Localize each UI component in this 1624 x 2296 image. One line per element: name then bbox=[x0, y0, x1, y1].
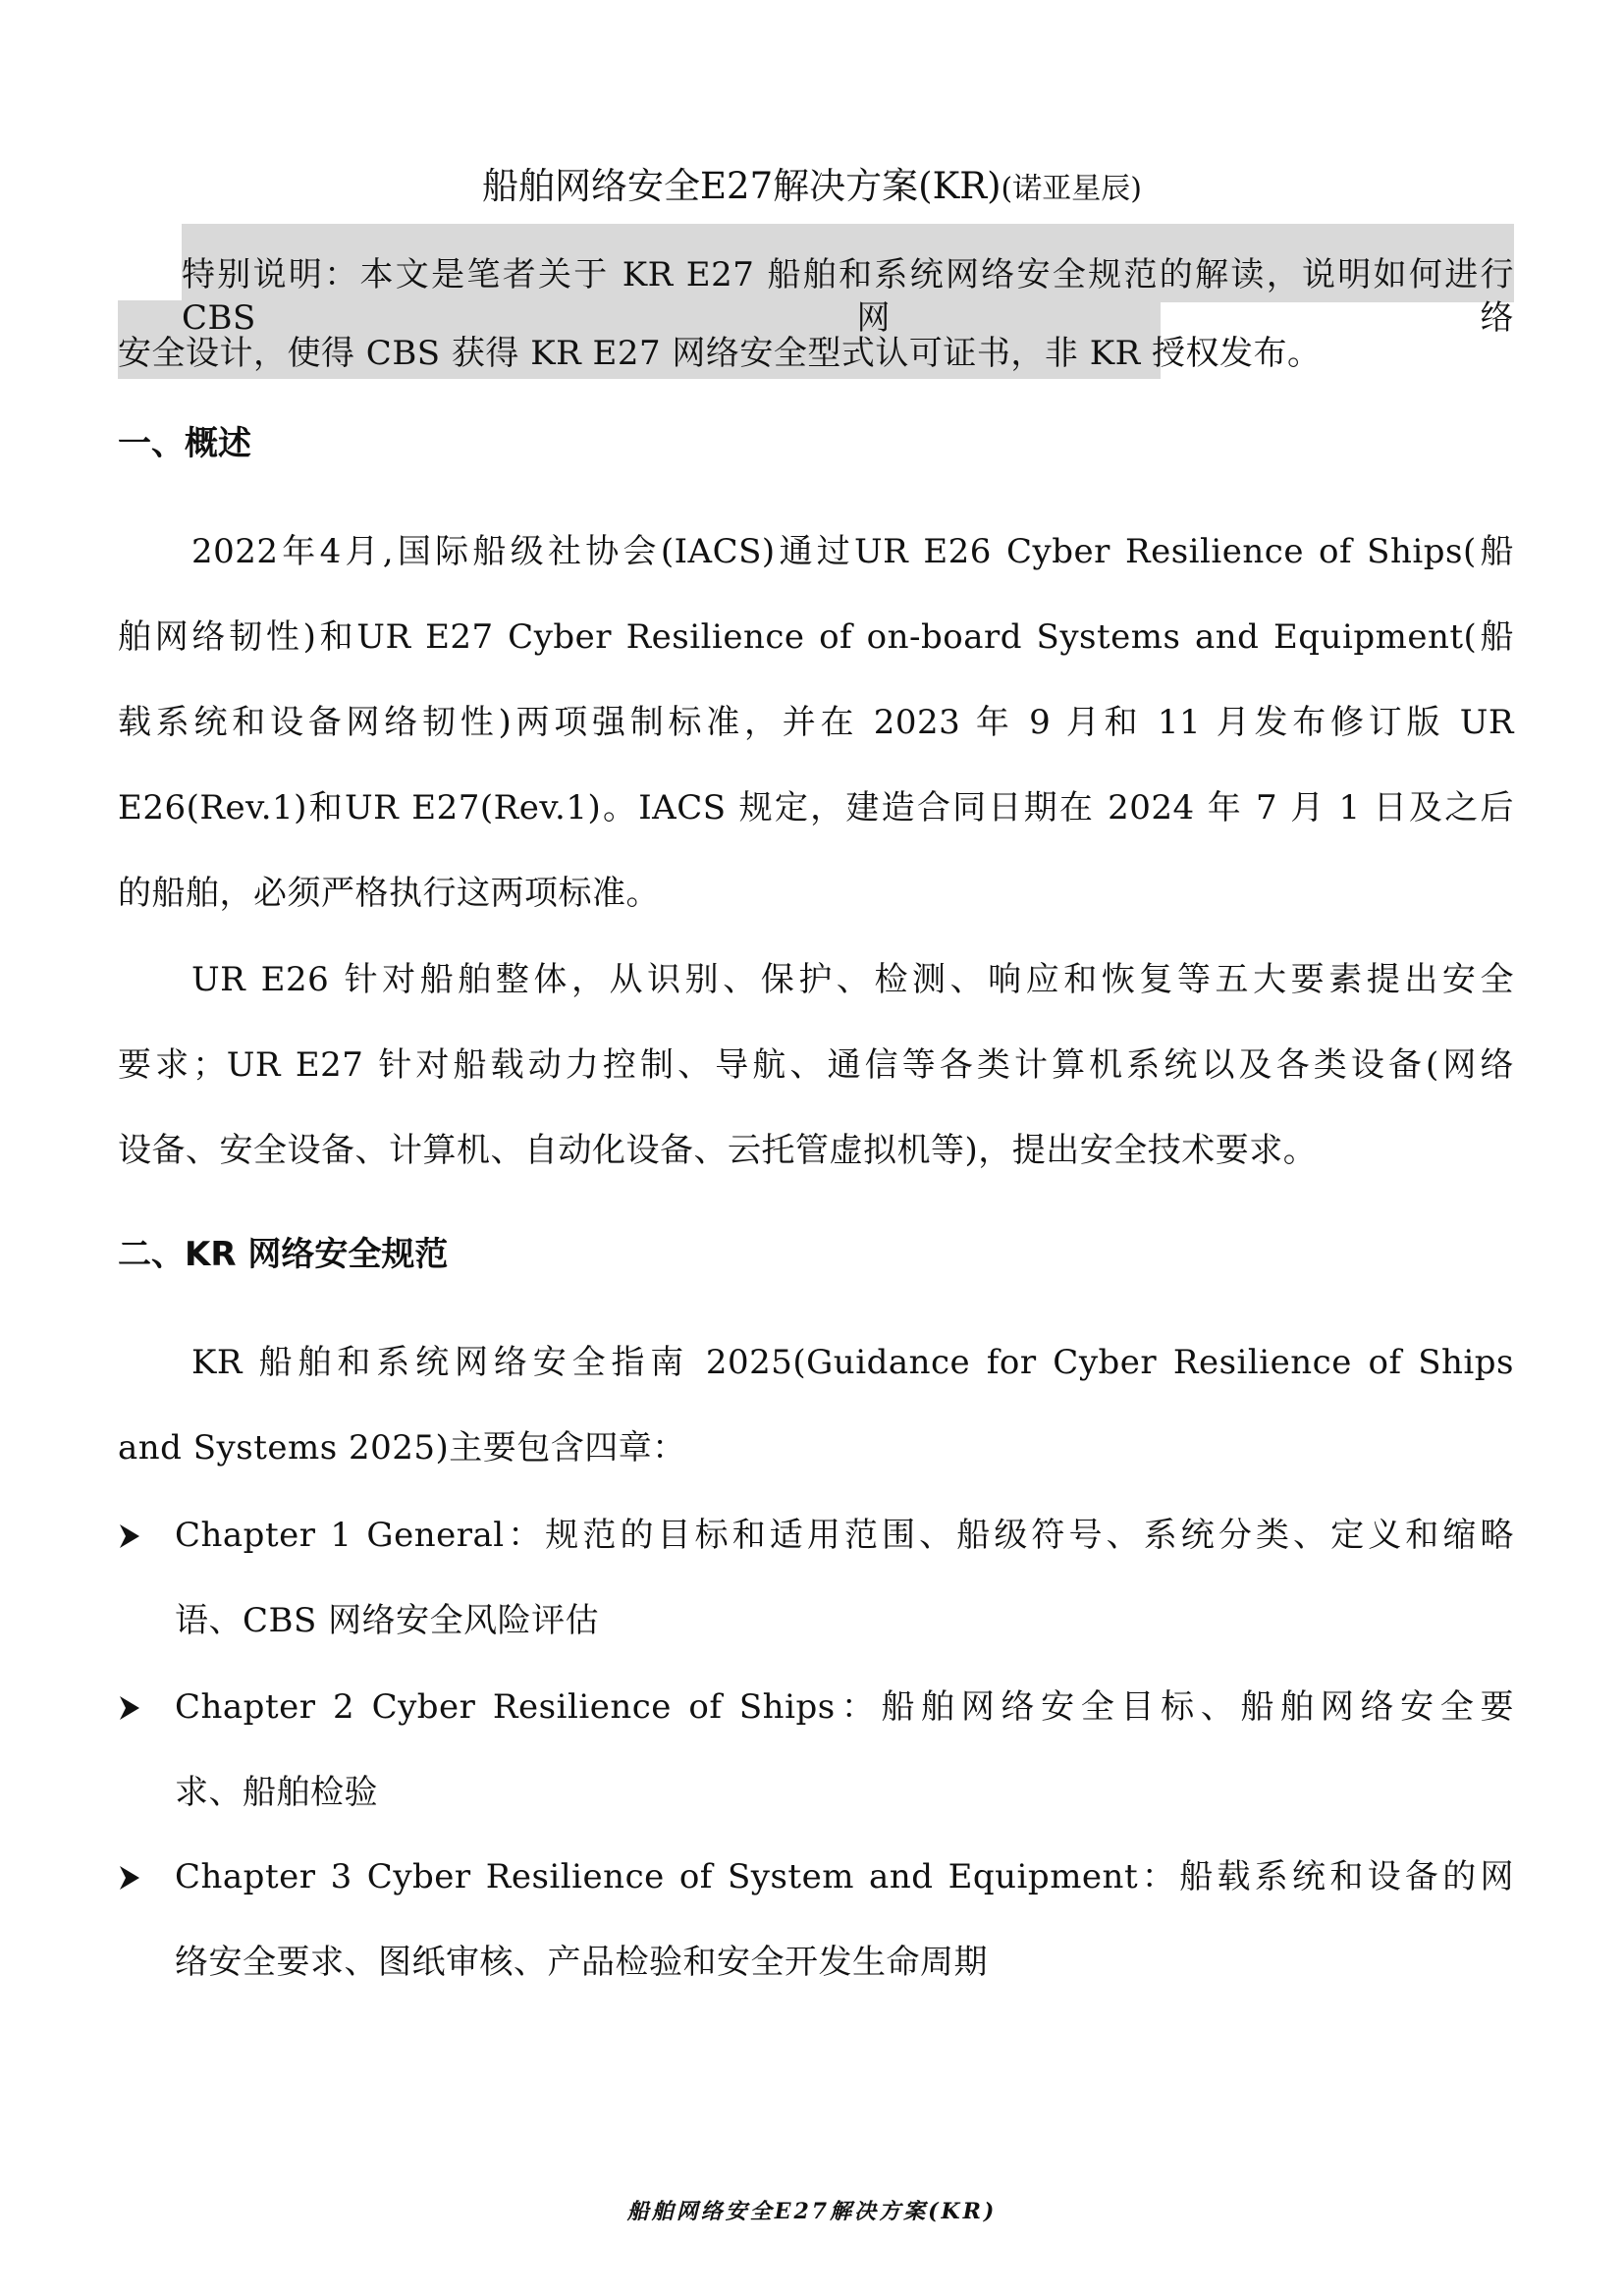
section-heading-overview: 一、概述 bbox=[118, 422, 251, 465]
title-main: 船舶网络安全E27解决方案(KR) bbox=[482, 165, 1001, 207]
page-footer: 船舶网络安全E27解决方案(KR) bbox=[0, 2195, 1624, 2225]
paragraph-line: UR E26 针对船舶整体，从识别、保护、检测、响应和恢复等五大要素提出安全 bbox=[191, 958, 1514, 1001]
bullet-line: 络安全要求、图纸审核、产品检验和安全开发生命周期 bbox=[175, 1941, 1571, 1984]
paragraph-line: 载系统和设备网络韧性)两项强制标准，并在 2023 年 9 月和 11 月发布修… bbox=[118, 701, 1514, 744]
paragraph-line: and Systems 2025)主要包含四章： bbox=[118, 1426, 1514, 1469]
bullet-line: Chapter 2 Cyber Resilience of Ships：船舶网络… bbox=[175, 1685, 1514, 1729]
bullet-line: 求、船舶检验 bbox=[175, 1771, 1571, 1814]
bullet-line: Chapter 1 General：规范的目标和适用范围、船级符号、系统分类、定… bbox=[175, 1514, 1514, 1557]
bullet-line: 语、CBS 网络安全风险评估 bbox=[175, 1599, 1571, 1642]
notice-line-1: 特别说明：本文是笔者关于 KR E27 船舶和系统网络安全规范的解读，说明如何进… bbox=[182, 253, 1514, 340]
paragraph-line: 要求；UR E27 针对船载动力控制、导航、通信等各类计算机系统以及各类设备(网… bbox=[118, 1043, 1514, 1087]
paragraph-line: 的船舶，必须严格执行这两项标准。 bbox=[118, 872, 1514, 915]
paragraph-line: E26(Rev.1)和UR E27(Rev.1)。IACS 规定，建造合同日期在… bbox=[118, 786, 1514, 829]
notice-line-2: 安全设计，使得 CBS 获得 KR E27 网络安全型式认可证书，非 KR 授权… bbox=[118, 332, 1514, 375]
title-suffix: (诺亚星辰) bbox=[1001, 172, 1142, 206]
paragraph-line: 2022年4月,国际船级社协会(IACS)通过UR E26 Cyber Resi… bbox=[191, 530, 1514, 573]
paragraph-line: 设备、安全设备、计算机、自动化设备、云托管虚拟机等)，提出安全技术要求。 bbox=[118, 1129, 1514, 1172]
paragraph-line: 舶网络韧性)和UR E27 Cyber Resilience of on-boa… bbox=[118, 615, 1514, 659]
paragraph-line: KR 船舶和系统网络安全指南 2025(Guidance for Cyber R… bbox=[191, 1341, 1514, 1384]
document-title: 船舶网络安全E27解决方案(KR)(诺亚星辰) bbox=[0, 163, 1624, 213]
bullet-line: Chapter 3 Cyber Resilience of System and… bbox=[175, 1855, 1514, 1898]
section-heading-kr-spec: 二、KR 网络安全规范 bbox=[118, 1233, 448, 1276]
